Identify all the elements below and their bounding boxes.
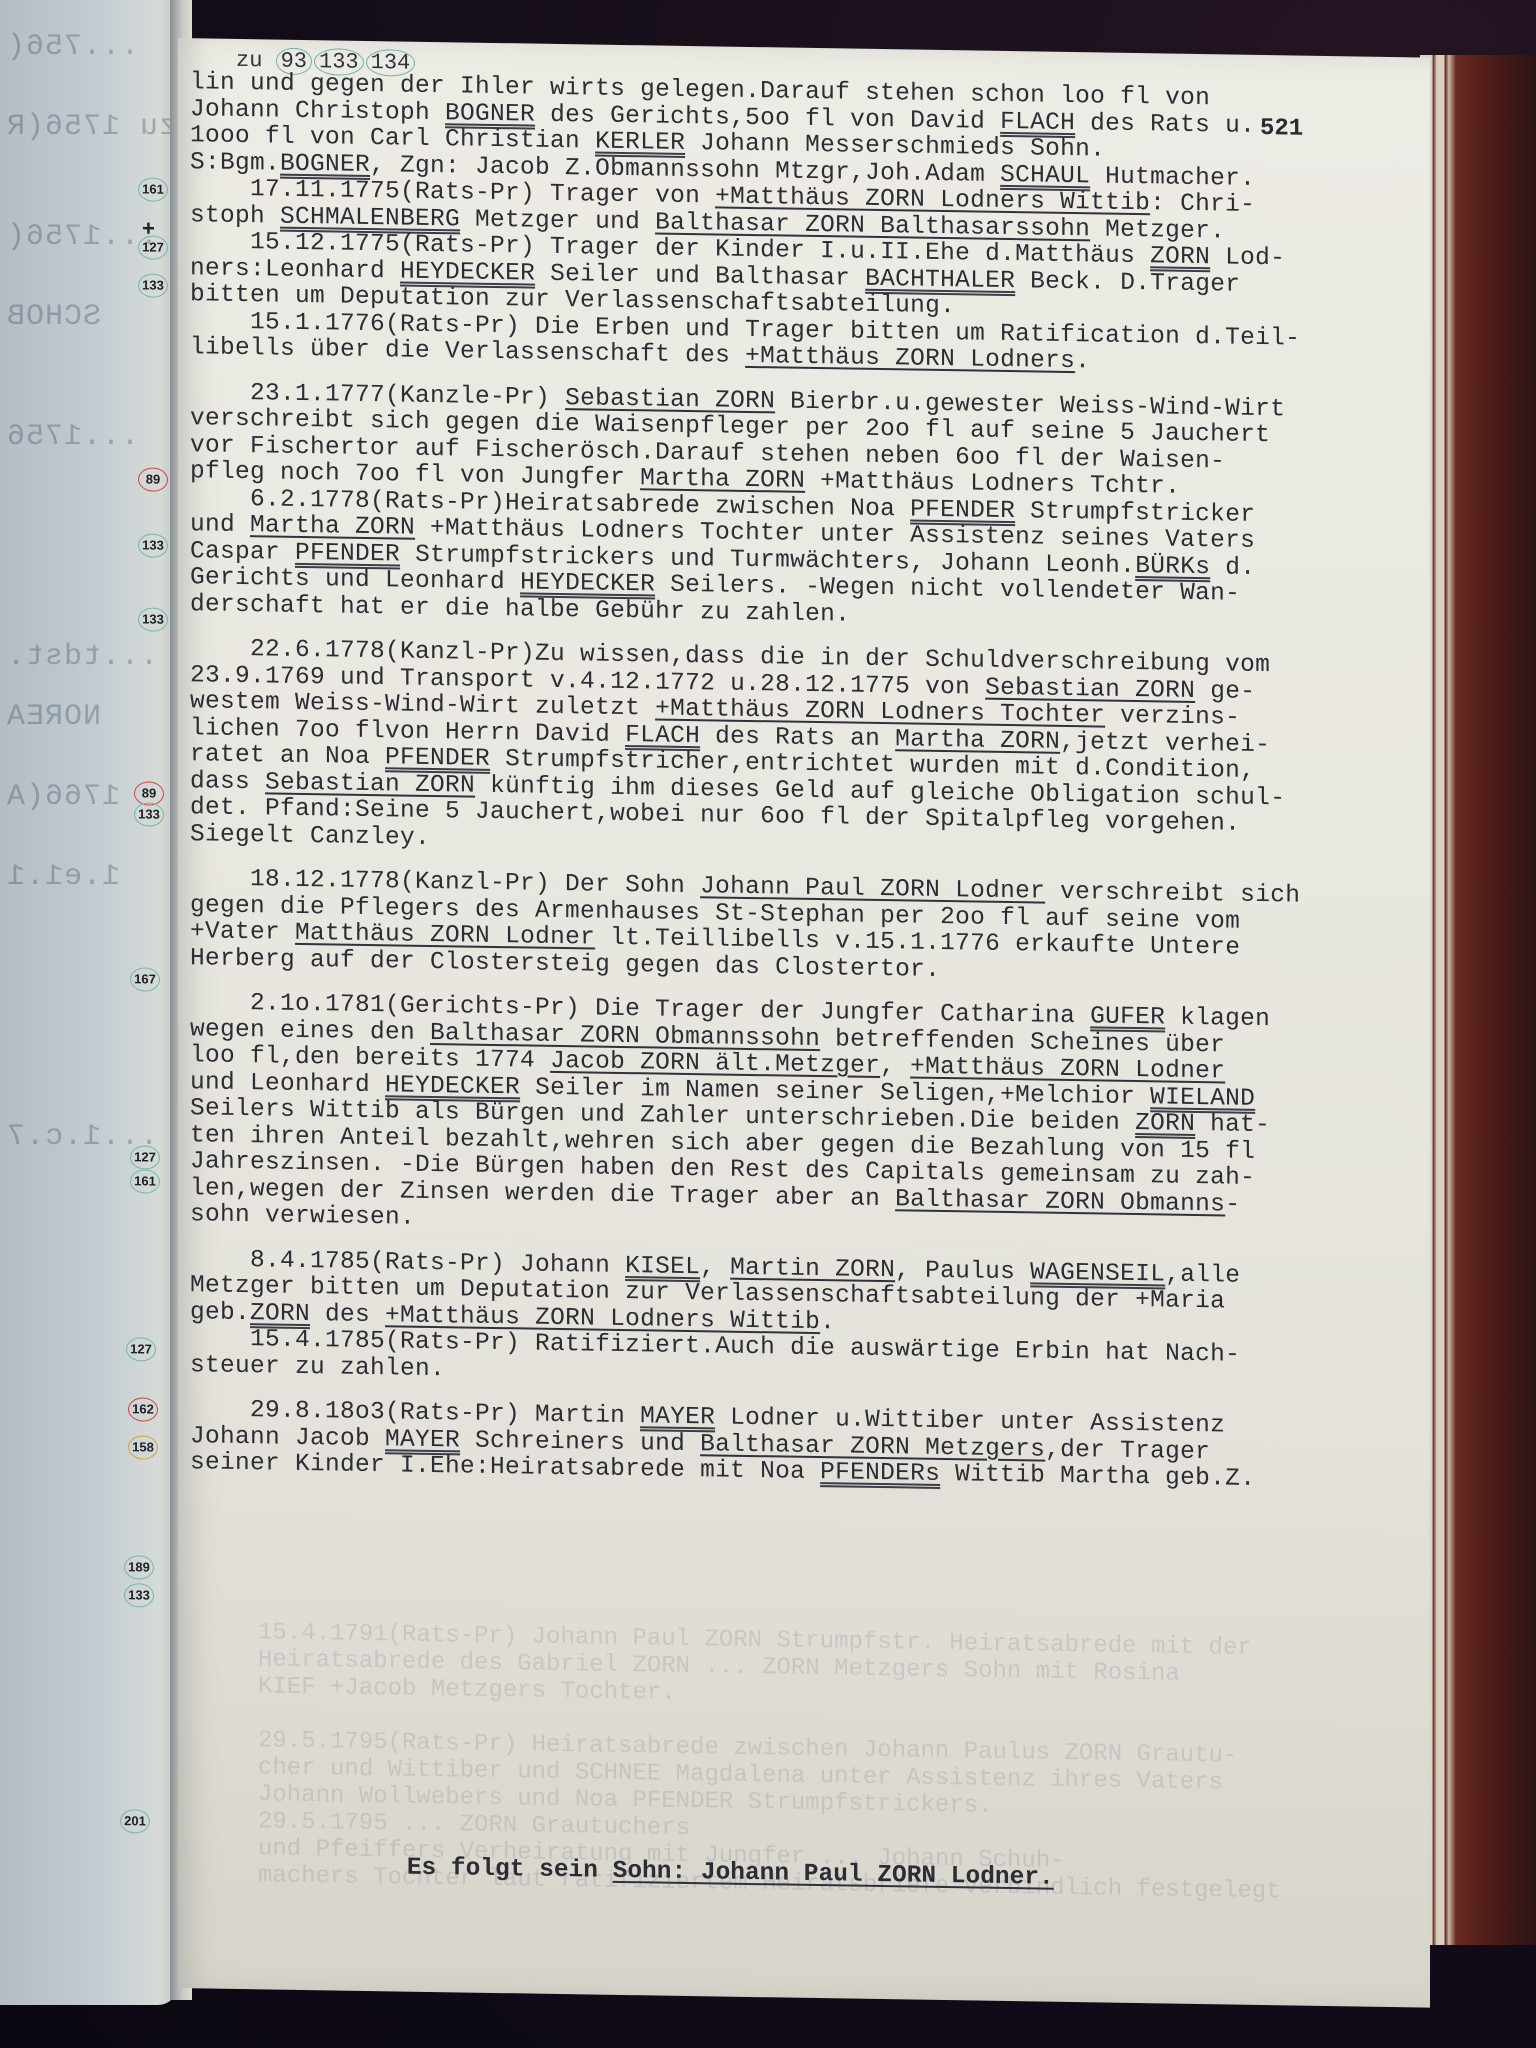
underlined-name: Martha ZORN <box>895 726 1060 756</box>
underlined-name: BACHTHALER <box>865 265 1015 294</box>
underlined-name: Martha ZORN <box>640 465 805 495</box>
underlined-name: MAYER <box>640 1403 715 1431</box>
underlined-name: WAGENSEIL <box>1030 1259 1165 1288</box>
underlined-name: HEYDECKER <box>385 1072 520 1101</box>
underlined-name: ZORN <box>1150 243 1210 271</box>
left-page-fragment: ...1756 <box>6 420 139 454</box>
margin-annotation: 201 <box>120 1809 150 1833</box>
underlined-name: SCHAUL <box>1000 161 1090 189</box>
underlined-name: GUFER <box>1090 1003 1165 1031</box>
underlined-name: BOGNER <box>280 150 370 178</box>
margin-annotation: 167 <box>130 967 160 991</box>
book-page-edges <box>1420 55 1536 1945</box>
left-page-fragment: ...756( <box>6 30 139 64</box>
margin-annotation: 133 <box>138 533 168 557</box>
underlined-name: Sebastian ZORN <box>985 674 1195 704</box>
underlined-name: Martin ZORN <box>730 1254 895 1284</box>
margin-annotation: 127 <box>126 1337 156 1361</box>
underlined-name: BÜRKs <box>1135 553 1210 581</box>
underlined-name: MAYER <box>385 1426 460 1454</box>
underlined-name: PFENDER <box>295 539 400 568</box>
margin-annotation: 133 <box>138 273 168 297</box>
underlined-name: HEYDECKER <box>400 258 535 287</box>
underlined-name: SCHMALENBERG <box>280 203 460 233</box>
margin-annotation: 158 <box>128 1435 158 1459</box>
continuation-note: Es folgt sein Sohn: Johann Paul ZORN Lod… <box>348 1827 1054 1919</box>
document-page: zu 93133134 521 15.4.1791(Rats-Pr) Johan… <box>178 38 1430 2008</box>
left-page-fragment: ...tdst. <box>6 640 158 674</box>
underlined-name: HEYDECKER <box>520 569 655 598</box>
left-page-fragment: zu 1756(R <box>6 110 177 144</box>
underlined-name: ZORN <box>250 1300 310 1328</box>
left-page-fragment: NOREA <box>6 700 101 734</box>
underlined-name: WIELAND <box>1150 1084 1255 1113</box>
margin-annotation: 127 <box>130 1145 160 1169</box>
continuation-name: Sohn: Johann Paul ZORN Lodner. <box>613 1858 1054 1892</box>
underlined-name: FLACH <box>1000 108 1075 136</box>
underlined-name: Sebastian ZORN <box>565 385 775 415</box>
underlined-name: Sebastian ZORN <box>265 769 475 799</box>
left-page-fragment: SCHOB <box>6 300 101 334</box>
margin-annotation: 133 <box>124 1583 154 1607</box>
continuation-prefix: Es folgt sein <box>407 1855 613 1885</box>
left-page-fragment: ...1756( <box>6 220 158 254</box>
margin-annotation: 189 <box>124 1555 154 1579</box>
underlined-name: PFENDER <box>385 744 490 773</box>
underlined-name: ZORN <box>1135 1110 1195 1138</box>
margin-annotation: 161 <box>138 177 168 201</box>
underlined-name: BOGNER <box>445 100 535 128</box>
underlined-name: KERLER <box>595 129 685 157</box>
margin-annotation: 89 <box>138 467 168 491</box>
underlined-name: KISEL <box>625 1253 700 1281</box>
underlined-name: FLACH <box>625 722 700 750</box>
margin-annotation: 133 <box>138 607 168 631</box>
margin-annotation: 161 <box>130 1169 160 1193</box>
typed-text-body: lin und gegen der Ihler wirts gelegen.Da… <box>190 70 1420 1496</box>
facing-left-page: ...756( zu 1756(R ...1756( SCHOB ...1756… <box>0 0 178 2005</box>
margin-annotation: 133 <box>134 802 164 826</box>
left-page-fragment: 1766(A <box>6 780 120 814</box>
underlined-name: Martha ZORN <box>250 512 415 542</box>
margin-annotation: 162 <box>128 1397 158 1421</box>
left-page-fragment: 1.e1.1 <box>6 860 120 894</box>
underlined-name: PFENDER <box>910 496 1015 525</box>
margin-annotation: 127 <box>138 235 168 259</box>
underlined-name: PFENDERs <box>820 1459 940 1488</box>
